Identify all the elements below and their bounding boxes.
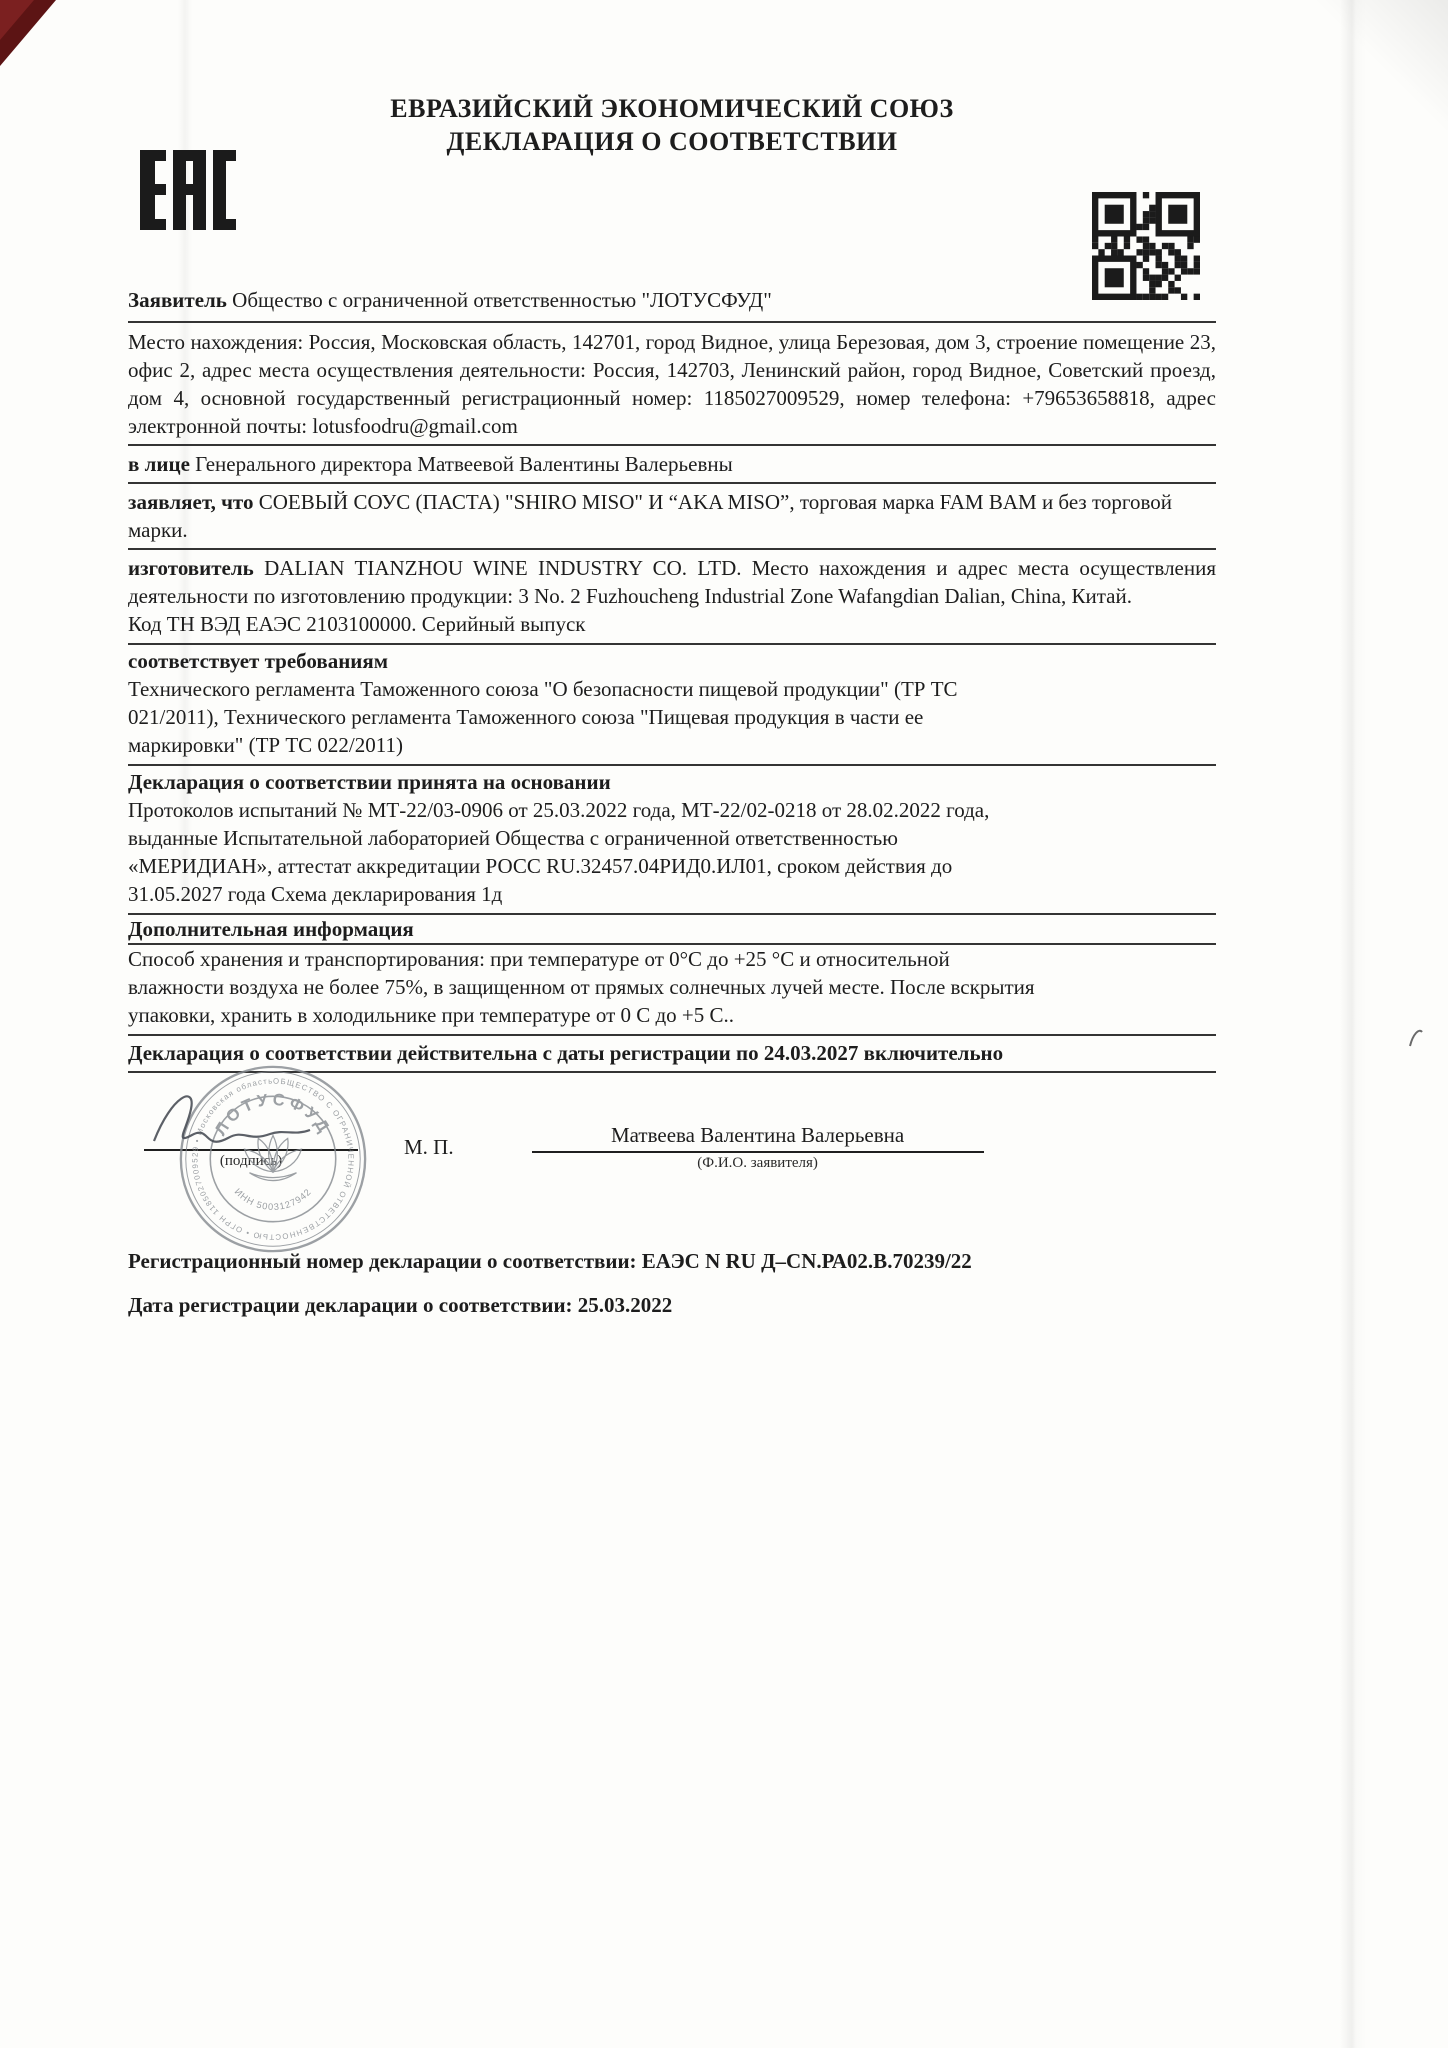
stamp-place-label: М. П. <box>404 1133 454 1161</box>
title-declaration: ДЕКЛАРАЦИЯ О СООТВЕТСТВИИ <box>128 125 1216 158</box>
additional-line: упаковки, хранить в холодильнике при тем… <box>128 1001 1216 1029</box>
section-compliance: соответствует требованиям Технического р… <box>128 645 1216 766</box>
representative-name: Генерального директора Матвеевой Валенти… <box>195 452 733 476</box>
svg-text:ИНН 5003127942: ИНН 5003127942 <box>233 1186 314 1212</box>
scanned-declaration-page: ЕВРАЗИЙСКИЙ ЭКОНОМИЧЕСКИЙ СОЮЗ ДЕКЛАРАЦИ… <box>0 0 1448 2048</box>
basis-line: 31.05.2027 года Схема декларирования 1д <box>128 880 1216 908</box>
section-representative: в лице Генерального директора Матвеевой … <box>128 446 1216 484</box>
complies-label: соответствует требованиям <box>128 647 1216 675</box>
section-applicant: Заявитель Общество с ограниченной ответс… <box>128 286 1216 323</box>
manufacturer-paragraph: изготовитель DALIAN TIANZHOU WINE INDUST… <box>128 554 1216 610</box>
declares-label: заявляет, что <box>128 490 253 514</box>
regulation-line: 021/2011), Технического регламента Тамож… <box>128 703 1216 731</box>
tnved-code-line: Код ТН ВЭД ЕАЭС 2103100000. Серийный вып… <box>128 610 1216 638</box>
title-union: ЕВРАЗИЙСКИЙ ЭКОНОМИЧЕСКИЙ СОЮЗ <box>128 92 1216 125</box>
scan-corner-shade <box>1278 0 1448 130</box>
scan-crease-right <box>1340 0 1366 2048</box>
registration-date-line: Дата регистрации декларации о соответств… <box>128 1291 1216 1319</box>
basis-line: Протоколов испытаний № МТ-22/03-0906 от … <box>128 796 1216 824</box>
section-additional-info: Дополнительная информация Способ хранени… <box>128 915 1216 1036</box>
manufacturer-label: изготовитель <box>128 556 254 580</box>
section-basis: Декларация о соответствии принята на осн… <box>128 766 1216 915</box>
basis-line: «МЕРИДИАН», аттестат аккредитации РОСС R… <box>128 852 1216 880</box>
section-address: Место нахождения: Россия, Московская обл… <box>128 323 1216 446</box>
signer-caption: (Ф.И.О. заявителя) <box>532 1153 984 1173</box>
page-title: ЕВРАЗИЙСКИЙ ЭКОНОМИЧЕСКИЙ СОЮЗ ДЕКЛАРАЦИ… <box>128 0 1216 158</box>
additional-line: влажности воздуха не более 75%, в защище… <box>128 973 1216 1001</box>
handwritten-signature <box>142 1079 322 1169</box>
section-manufacturer: изготовитель DALIAN TIANZHOU WINE INDUST… <box>128 550 1216 645</box>
basis-line: выданные Испытательной лабораторией Обще… <box>128 824 1216 852</box>
additional-line: Способ хранения и транспортирования: при… <box>128 945 1216 973</box>
manufacturer-name: DALIAN TIANZHOU WINE INDUSTRY CO. LTD. М… <box>128 556 1216 608</box>
signer-name: Матвеева Валентина Валерьевна <box>532 1121 984 1153</box>
additional-info-label: Дополнительная информация <box>128 915 1216 945</box>
pen-mark <box>1406 1024 1426 1050</box>
document-body: ЕВРАЗИЙСКИЙ ЭКОНОМИЧЕСКИЙ СОЮЗ ДЕКЛАРАЦИ… <box>128 0 1216 1319</box>
applicant-address: Место нахождения: Россия, Московская обл… <box>128 330 1216 438</box>
regulation-line: маркировки" (ТР ТС 022/2011) <box>128 731 1216 759</box>
product-name: СОЕВЫЙ СОУС (ПАСТА) "SHIRO MISO" И “AKA … <box>128 490 1172 542</box>
applicant-label: Заявитель <box>128 288 227 312</box>
section-product: заявляет, что СОЕВЫЙ СОУС (ПАСТА) "SHIRO… <box>128 484 1216 550</box>
applicant-name: Общество с ограниченной ответственностью… <box>232 288 772 312</box>
stamp-inn: ИНН 5003127942 <box>233 1186 314 1212</box>
basis-label: Декларация о соответствии принята на осн… <box>128 768 1216 796</box>
regulation-line: Технического регламента Таможенного союз… <box>128 675 1216 703</box>
representative-label: в лице <box>128 452 190 476</box>
signature-block: ЛОТУСФУД ИНН 5003127942 ОБЩЕСТВО С ОГРАН… <box>128 1107 1216 1225</box>
signer-field: Матвеева Валентина Валерьевна (Ф.И.О. за… <box>532 1121 984 1173</box>
